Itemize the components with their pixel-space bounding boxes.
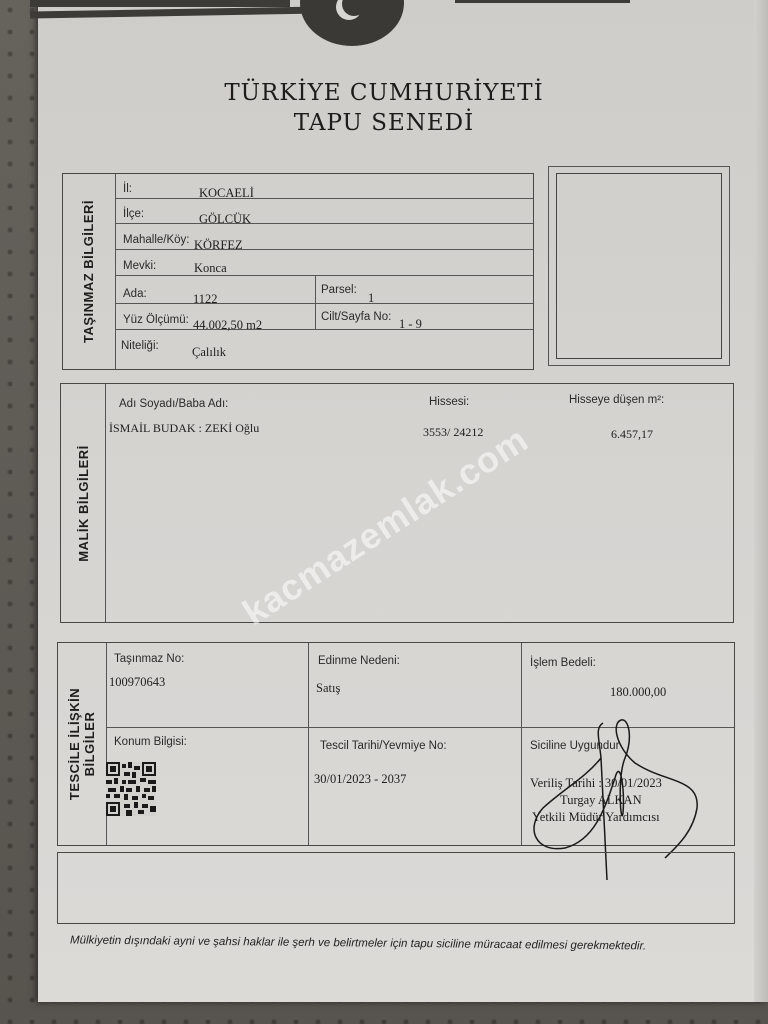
niteligi-value: Çalılık xyxy=(192,345,226,360)
owner-info-label: MALİK BİLGİLERİ xyxy=(61,384,106,622)
tescil-tarihi-label: Tescil Tarihi/Yevmiye No: xyxy=(320,740,447,752)
parsel-value: 1 xyxy=(368,291,374,306)
mahalle-value: KÖRFEZ xyxy=(194,238,243,253)
yuzolcumu-value: 44.002,50 m2 xyxy=(193,318,262,333)
property-info-label: TAŞINMAZ BİLGİLERİ xyxy=(63,174,116,369)
yuzolcumu-label: Yüz Ölçümü: xyxy=(123,314,189,326)
mevki-value: Konca xyxy=(194,261,227,276)
parsel-label: Parsel: xyxy=(321,284,357,296)
niteligi-label: Niteliği: xyxy=(121,340,159,352)
mahalle-label: Mahalle/Köy: xyxy=(123,234,189,246)
annotations-box xyxy=(57,852,735,924)
cilt-label: Cilt/Sayfa No: xyxy=(321,311,391,323)
document-subtitle: TAPU SENEDİ xyxy=(0,110,768,136)
ilce-label: İlçe: xyxy=(123,208,144,220)
ada-value: 1122 xyxy=(193,292,218,307)
property-info-section: TAŞINMAZ BİLGİLERİ İl: KOCAELİ İlçe: GÖL… xyxy=(62,173,534,370)
il-value: KOCAELİ xyxy=(199,186,254,201)
mevki-label: Mevki: xyxy=(123,260,156,272)
bedel-value: 180.000,00 xyxy=(610,685,666,700)
ada-label: Ada: xyxy=(123,288,147,300)
edinme-value: Satış xyxy=(316,681,340,696)
document-title: TÜRKİYE CUMHURİYETİ xyxy=(0,80,768,106)
share-area-header: Hisseye düşen m²: xyxy=(569,394,664,406)
photo-frame xyxy=(548,166,730,366)
header-band xyxy=(30,0,290,7)
cilt-value: 1 - 9 xyxy=(399,317,422,332)
header-band xyxy=(455,0,630,3)
tescil-tarihi-value: 30/01/2023 - 2037 xyxy=(314,772,406,787)
ilce-value: GÖLCÜK xyxy=(199,212,251,227)
edinme-label: Edinme Nedeni: xyxy=(318,655,400,667)
paper-edge xyxy=(754,0,768,1002)
tasinmaz-no-label: Taşınmaz No: xyxy=(114,653,184,665)
konum-label: Konum Bilgisi: xyxy=(114,736,187,748)
qr-code-icon xyxy=(106,762,156,816)
registration-info-label: TESCİLE İLİŞKİNBİLGİLER xyxy=(58,643,107,845)
bedel-label: İşlem Bedeli: xyxy=(530,657,596,669)
share-header: Hissesi: xyxy=(429,396,469,408)
tasinmaz-no-value: 100970643 xyxy=(109,675,165,690)
owner-share-area: 6.457,17 xyxy=(611,427,653,442)
owner-name: İSMAİL BUDAK : ZEKİ Oğlu xyxy=(109,421,259,436)
owner-name-header: Adı Soyadı/Baba Adı: xyxy=(119,398,228,410)
owner-share: 3553/ 24212 xyxy=(423,425,483,440)
il-label: İl: xyxy=(123,183,132,195)
